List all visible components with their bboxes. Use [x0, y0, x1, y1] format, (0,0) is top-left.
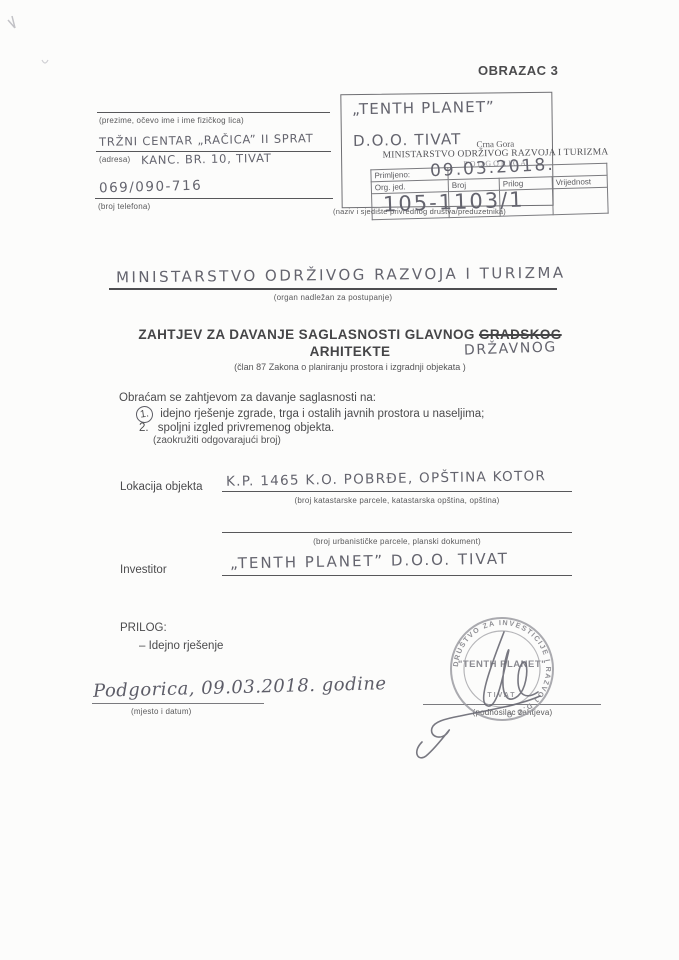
place-date-label: (mjesto i datum): [131, 707, 192, 716]
signature-scribble: [408, 600, 618, 760]
name-line: [97, 112, 330, 113]
investor-label: Investitor: [120, 564, 167, 576]
investor-handwritten: „TENTH PLANET” D.O.O. TIVAT: [230, 550, 509, 573]
location-handwritten: K.P. 1465 K.O. POBRĐE, OPŠTINA KOTOR: [226, 468, 546, 490]
name-line-label: (prezime, očevo ime i ime fizičkog lica): [99, 116, 244, 125]
location-sublabel-1: (broj katastarske parcele, katastarska o…: [222, 496, 572, 505]
receipt-empty-cell: [552, 187, 608, 215]
scan-artifact: [2, 12, 62, 102]
request-item-1: 1. idejno rješenje zgrade, trga i ostali…: [136, 406, 484, 423]
place-date-handwritten: Podgorica, 09.03.2018. godine: [93, 673, 387, 702]
location-sublabel-2: (broj urbanističke parcele, planski doku…: [222, 537, 572, 546]
request-intro: Obraćam se zahtjevom za davanje saglasno…: [119, 392, 376, 404]
form-title-subtitle: (član 87 Zakona o planiranju prostora i …: [60, 362, 640, 372]
location-label: Lokacija objekta: [120, 481, 202, 493]
scanned-form-page: OBRAZAC 3 „TENTH PLANET” D.O.O. TIVAT Cr…: [0, 0, 679, 960]
address-label: (adresa): [99, 155, 130, 164]
title-correction-handwritten: DRŽAVNOG: [464, 339, 557, 358]
authority-handwritten: MINISTARSTVO ODRŽIVOG RAZVOJA I TURIZMA: [116, 264, 566, 287]
attachment-item: – Idejno rješenje: [139, 640, 223, 652]
attachment-label: PRILOG:: [120, 622, 167, 634]
title-part1: ZAHTJEV ZA DAVANJE SAGLASNOSTI GLAVNOG: [138, 327, 474, 342]
place-date-line: [92, 703, 264, 704]
address-handwritten: KANC. BR. 10, TIVAT: [141, 151, 272, 167]
phone-line: [95, 198, 333, 199]
request-item-2-text: spoljni izgled privremenog objekta.: [158, 422, 334, 434]
investor-line: [222, 575, 572, 576]
case-number-handwritten: 105-1103/1: [383, 188, 525, 217]
form-code: OBRAZAC 3: [478, 63, 558, 78]
location-line: [222, 491, 572, 492]
authority-label: (organ nadležan za postupanje): [109, 293, 557, 302]
urban-parcel-line: [222, 532, 572, 533]
request-note: (zaokružiti odgovarajući broj): [153, 435, 281, 446]
phone-label: (broj telefona): [98, 202, 150, 211]
item-2-number: 2.: [139, 422, 149, 434]
name-handwritten: TRŽNI CENTAR „RAČICA” II SPRAT: [99, 131, 314, 149]
request-item-2: 2. spoljni izgled privremenog objekta.: [139, 422, 334, 434]
phone-handwritten: 069/090-716: [99, 178, 203, 197]
applicant-company-handwritten-1: „TENTH PLANET”: [352, 98, 495, 118]
request-item-1-text: idejno rješenje zgrade, trga i ostalih j…: [160, 408, 484, 420]
authority-line: [109, 288, 557, 290]
